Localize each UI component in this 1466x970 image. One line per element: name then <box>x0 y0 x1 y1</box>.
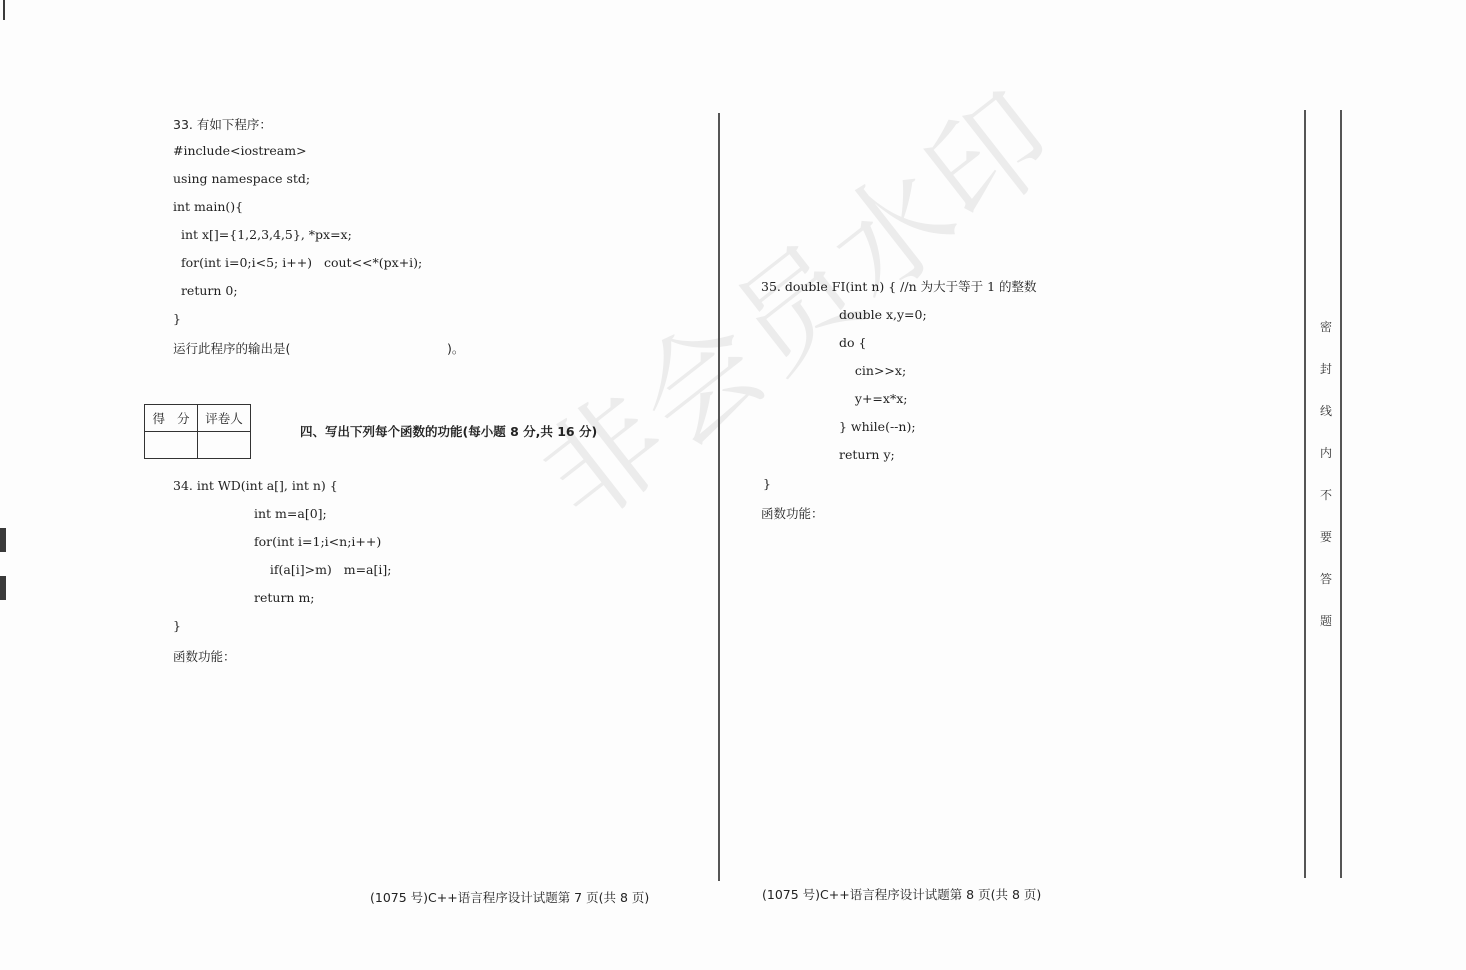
code-line: } <box>763 476 771 492</box>
seal-char: 要 <box>1318 528 1334 545</box>
code-line: return 0; <box>173 283 238 299</box>
score-cell[interactable] <box>145 432 198 459</box>
code-line: y+=x*x; <box>839 391 907 407</box>
q34-answer-label: 函数功能： <box>173 647 236 665</box>
grader-cell[interactable] <box>198 432 251 459</box>
code-line: double x,y=0; <box>839 307 927 323</box>
grader-header: 评卷人 <box>198 405 251 432</box>
seal-line-left <box>1304 110 1306 878</box>
seal-char: 线 <box>1318 402 1334 419</box>
footer-page-8: (1075 号)C++语言程序设计试题第 8 页(共 8 页) <box>762 885 1041 903</box>
seal-char: 答 <box>1318 570 1334 587</box>
score-box: 得 分 评卷人 <box>144 404 251 459</box>
code-line: int m=a[0]; <box>254 506 327 522</box>
seal-char: 不 <box>1318 486 1334 503</box>
seal-line-right <box>1340 110 1342 878</box>
section4-heading: 四、写出下列每个函数的功能(每小题 8 分,共 16 分) <box>300 422 597 440</box>
seal-char: 封 <box>1318 360 1334 377</box>
q33-title: 33. 有如下程序： <box>173 115 272 133</box>
seal-char: 题 <box>1318 612 1334 629</box>
code-line: } <box>173 618 181 634</box>
scan-edge-mark <box>0 576 6 600</box>
code-line: for(int i=1;i<n;i++) <box>254 534 381 550</box>
code-line: return m; <box>254 590 315 606</box>
q34-title: 34. int WD(int a[], int n) { <box>173 478 338 494</box>
code-line: do { <box>839 335 866 351</box>
q35-answer-label: 函数功能： <box>761 504 824 522</box>
code-line: using namespace std; <box>173 171 310 187</box>
code-line: } <box>173 311 181 327</box>
code-line: cin>>x; <box>839 363 906 379</box>
code-line: int x[]={1,2,3,4,5}, *px=x; <box>173 227 352 243</box>
q35-title: 35. double FI(int n) { //n 为大于等于 1 的整数 <box>761 279 1037 295</box>
q33-prompt: 运行此程序的输出是( <box>173 339 290 357</box>
code-line: if(a[i]>m) m=a[i]; <box>254 562 391 578</box>
page-divider <box>718 113 720 881</box>
code-line: int main(){ <box>173 199 243 215</box>
footer-page-7: (1075 号)C++语言程序设计试题第 7 页(共 8 页) <box>370 888 649 906</box>
scan-edge-mark <box>3 0 5 20</box>
score-header: 得 分 <box>145 405 198 432</box>
code-line: for(int i=0;i<5; i++) cout<<*(px+i); <box>173 255 422 271</box>
code-line: #include<iostream> <box>173 143 307 159</box>
q33-answer-blank[interactable] <box>300 339 440 355</box>
seal-char: 密 <box>1318 318 1334 335</box>
scan-edge-mark <box>0 528 6 552</box>
watermark: 非会员水印 <box>500 44 1085 554</box>
seal-char: 内 <box>1318 444 1334 461</box>
code-line: return y; <box>839 447 895 463</box>
code-line: } while(--n); <box>839 419 916 435</box>
q33-prompt-end: )。 <box>447 339 464 357</box>
